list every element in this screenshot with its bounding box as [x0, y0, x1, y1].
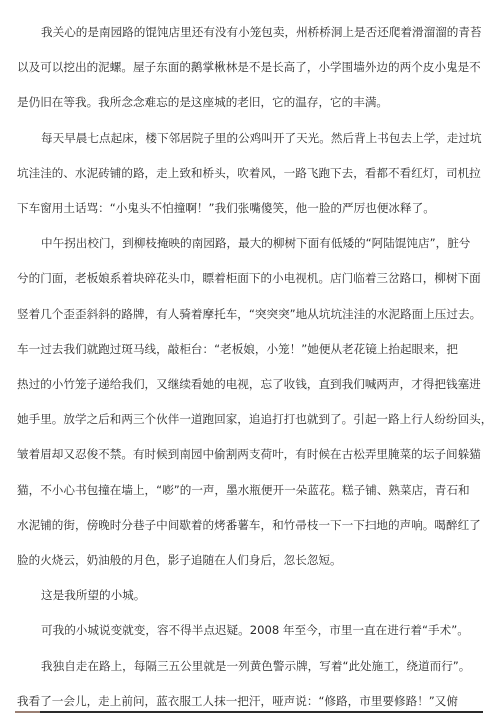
- paragraph-6: 我独自走在路上，每隔三五公里就是一列黄色警示牌，写着“此处施工，绕道而行”。 我…: [17, 649, 483, 715]
- text-line: 热过的小竹笼子递给我们，又继续看她的电视，忘了收钱，直到我们喊两声，才得把钱塞进: [0, 367, 483, 402]
- text-line: 下车窗用土话骂：“小鬼头不怕撞啊！”我们张嘴傻笑，他一脸的严厉也便冰释了。: [0, 191, 483, 226]
- text-line: 中午拐出校门，到柳枝掩映的南园路，最大的柳树下面有低矮的“阿陆馄饨店”，脏兮: [17, 226, 483, 261]
- paragraph-4: 这是我所望的小城。: [17, 578, 483, 613]
- paragraph-5: 可我的小城说变就变，容不得半点迟疑。2008 年至今，市里一直在进行着“手术”。: [17, 613, 483, 648]
- text-line: 是仍旧在等我。我所念念难忘的是这座城的老旧，它的温存，它的丰满。: [0, 85, 483, 120]
- text-line: 坑洼洼的、水泥砖铺的路，走上致和桥头，吹着风，一路飞跑下去，看都不看红灯，司机拉: [0, 156, 483, 191]
- text-line: 兮的门面，老板娘系着块碎花头巾，瞟着柜面下的小电视机。店门临着三岔路口，柳树下面: [0, 261, 483, 296]
- text-line: 水泥铺的街，傍晚时分巷子中间歇着的烤番薯车，和竹帚枝一下一下扫地的声响。喝醉红了: [0, 508, 483, 543]
- text-line: 皱着眉却又忍俊不禁。有时候到南园中偷割两支荷叶，有时候在古松弄里腌菜的坛子间躲猫: [0, 437, 483, 472]
- page-bottom-rule: [15, 711, 483, 713]
- text-line: 这是我所望的小城。: [17, 578, 483, 613]
- paragraph-1: 我关心的是南园路的馄饨店里还有没有小笼包卖，州桥桥洞上是否还爬着滑溜溜的青苔 以…: [17, 15, 483, 121]
- text-line: 竖着几个歪歪斜斜的路牌，有人骑着摩托车，“突突突”地从坑坑洼洼的水泥路面上压过去…: [0, 297, 483, 332]
- text-line: 猫，不小心书包撞在墙上，“嘭”的一声，墨水瓶便开一朵蓝花。糕子铺、熟菜店，青石和: [0, 473, 483, 508]
- document-body: 我关心的是南园路的馄饨店里还有没有小笼包卖，州桥桥洞上是否还爬着滑溜溜的青苔 以…: [17, 15, 483, 715]
- paragraph-3: 中午拐出校门，到柳枝掩映的南园路，最大的柳树下面有低矮的“阿陆馄饨店”，脏兮 兮…: [17, 226, 483, 578]
- text-line: 车一过去我们就跑过斑马线，敲柜台：“老板娘，小笼！”她便从老花镜上抬起眼来，把: [0, 332, 483, 367]
- paragraph-2: 每天早晨七点起床，楼下邻居院子里的公鸡叫开了天光。然后背上书包去上学，走过坑 坑…: [17, 121, 483, 227]
- text-line: 可我的小城说变就变，容不得半点迟疑。2008 年至今，市里一直在进行着“手术”。: [17, 613, 483, 648]
- text-line: 我关心的是南园路的馄饨店里还有没有小笼包卖，州桥桥洞上是否还爬着滑溜溜的青苔: [17, 15, 483, 50]
- text-line: 每天早晨七点起床，楼下邻居院子里的公鸡叫开了天光。然后背上书包去上学，走过坑: [17, 121, 483, 156]
- text-line: 以及可以挖出的泥螺。屋子东面的鹅掌楸林是不是长高了，小学围墙外边的两个皮小鬼是不: [0, 50, 483, 85]
- text-line: 我独自走在路上，每隔三五公里就是一列黄色警示牌，写着“此处施工，绕道而行”。: [17, 649, 483, 684]
- text-line: 她手里。放学之后和两三个伙伴一道跑回家，追追打打也就到了。引起一路上行人纷纷回头…: [0, 402, 483, 437]
- text-line: 脸的火烧云，奶油般的月色，影子追随在人们身后，忽长忽短。: [0, 543, 483, 578]
